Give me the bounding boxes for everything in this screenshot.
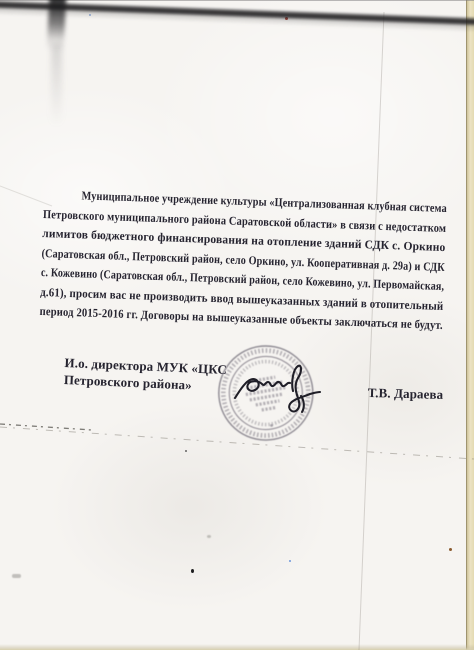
brown-speck [449,548,452,551]
scanned-letter-page: Муниципальное учреждение культуры «Центр… [0,0,474,650]
letter-body: Муниципальное учреждение культуры «Центр… [39,185,448,336]
ink-speck [185,450,187,452]
gray-smudge [12,574,21,578]
signatory-role-block: И.о. директора МУК «ЦКС Петровского райо… [64,354,228,395]
signatory-name: Т.В. Дараева [368,385,444,403]
blue-speck [289,560,291,562]
gray-smudge [207,535,211,538]
scan-artifact-corner-streak-tail [51,44,62,126]
ink-speck [191,569,194,573]
scan-top-hairline [0,0,474,1]
handwritten-signature-icon [232,356,324,420]
scanner-edge-strip [466,0,474,650]
scan-artifact-corner-streak [47,0,67,50]
scanner-bottom-edge [0,644,474,650]
